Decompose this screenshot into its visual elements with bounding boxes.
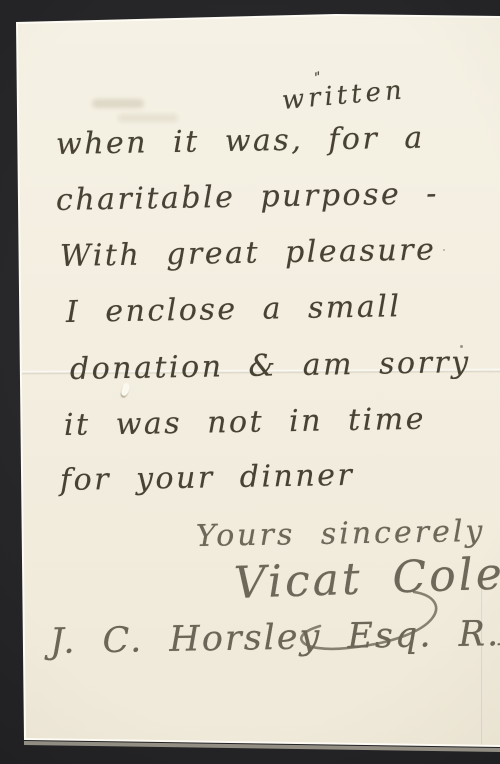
- handwriting-line: for your dinner: [60, 458, 355, 498]
- closing-line: Yours sincerely: [196, 514, 486, 554]
- under-leaf-edge-line: [481, 588, 483, 745]
- show-through-smudge: [118, 114, 178, 122]
- handwriting-line: donation & am sorry: [70, 345, 471, 387]
- handwriting-line: charitable purpose -: [56, 176, 439, 218]
- handwriting-line: it was not in time: [64, 402, 427, 443]
- inserted-word: written: [281, 75, 407, 116]
- handwriting-line: With great pleasure: [60, 232, 437, 274]
- handwriting-line: I enclose a small: [66, 289, 402, 330]
- handwriting-line: when it was, for a: [56, 121, 425, 162]
- recipient-line: J. C. Horsley Esq. R.A: [50, 614, 500, 662]
- paper-speck: [443, 249, 445, 251]
- scan-backdrop: ʺ written when it was, for a charitable …: [0, 0, 500, 764]
- show-through-smudge: [92, 99, 144, 108]
- letter-paper: ʺ written when it was, for a charitable …: [0, 0, 500, 764]
